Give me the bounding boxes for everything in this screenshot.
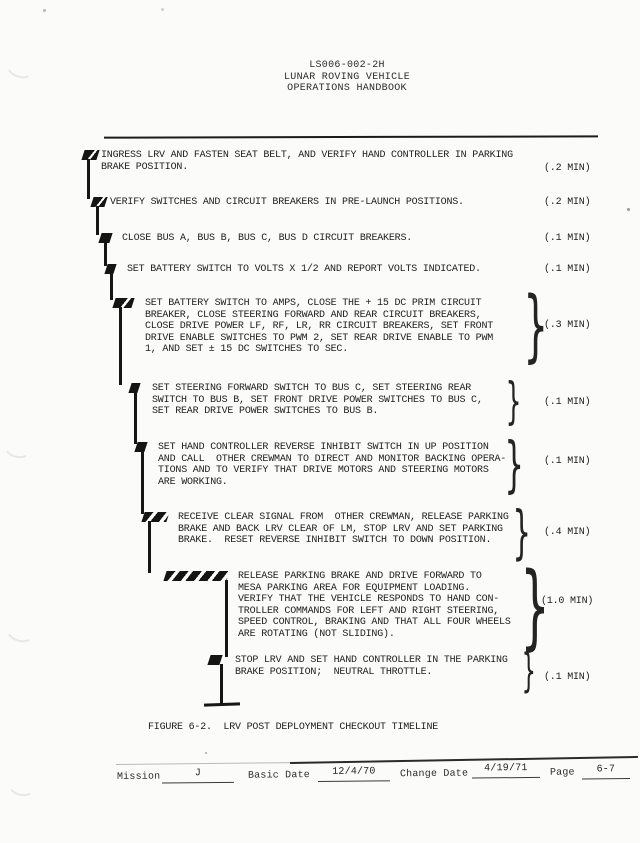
- mission-label: Mission: [117, 772, 161, 783]
- step-text-line: STOP LRV AND SET HAND CONTROLLER IN THE …: [235, 655, 508, 667]
- timeline-connector: [220, 664, 223, 704]
- timeline-step-marker: [141, 512, 169, 522]
- binder-mark: [3, 614, 38, 645]
- brace-glyph: }: [521, 569, 549, 643]
- timeline-connector: [119, 307, 122, 385]
- step-text-line: AND CALL OTHER CREWMAN TO DIRECT AND MON…: [158, 454, 506, 466]
- document-page: LS006-002-2H LUNAR ROVING VEHICLE OPERAT…: [0, 0, 640, 843]
- step-duration: (.1 MIN): [544, 672, 590, 683]
- scan-speck: [627, 208, 630, 211]
- timeline-connector: [148, 521, 151, 573]
- step-text-line: BREAKER, CLOSE STEERING FORWARD AND REAR…: [145, 310, 493, 322]
- step-text-line: RECEIVE CLEAR SIGNAL FROM OTHER CREWMAN,…: [178, 512, 509, 524]
- step-text: INGRESS LRV AND FASTEN SEAT BELT, AND VE…: [101, 150, 513, 173]
- step-text: SET BATTERY SWITCH TO VOLTS X 1/2 AND RE…: [127, 264, 481, 276]
- step-text: CLOSE BUS A, BUS B, BUS C, BUS D CIRCUIT…: [122, 233, 412, 245]
- timeline-connector: [141, 451, 144, 514]
- mission-value: J: [162, 768, 234, 784]
- binder-mark: [2, 433, 34, 461]
- page-label: Page: [550, 768, 575, 779]
- page-header: LS006-002-2H LUNAR ROVING VEHICLE OPERAT…: [227, 60, 467, 95]
- step-duration: (.1 MIN): [544, 397, 590, 408]
- step-text-line: ARE WORKING.: [158, 477, 506, 489]
- scan-speck: [43, 9, 46, 12]
- step-text-line: BRAKE. RESET REVERSE INHIBIT SWITCH TO D…: [178, 535, 509, 547]
- step-text: SET BATTERY SWITCH TO AMPS, CLOSE THE + …: [145, 298, 493, 356]
- timeline-connector: [134, 392, 137, 444]
- step-duration: (.4 MIN): [544, 527, 590, 538]
- timeline-connector: [110, 272, 113, 300]
- step-text-line: BRAKE AND BACK LRV CLEAR OF LM, STOP LRV…: [178, 524, 509, 536]
- step-text: SET HAND CONTROLLER REVERSE INHIBIT SWIT…: [158, 442, 506, 488]
- step-text-line: SET BATTERY SWITCH TO AMPS, CLOSE THE + …: [145, 298, 493, 310]
- step-text-line: SET BATTERY SWITCH TO VOLTS X 1/2 AND RE…: [127, 264, 481, 276]
- step-text: RELEASE PARKING BRAKE AND DRIVE FORWARD …: [238, 571, 511, 641]
- step-text-line: ARE ROTATING (NOT SLIDING).: [238, 629, 511, 641]
- step-text-line: BRAKE POSITION; NEUTRAL THROTTLE.: [235, 667, 508, 679]
- step-text: SET STEERING FORWARD SWITCH TO BUS C, SE…: [152, 383, 483, 418]
- document-number: LS006-002-2H: [227, 60, 467, 72]
- binder-mark: [3, 50, 39, 82]
- step-text-line: TROLLER COMMANDS FOR LEFT AND RIGHT STEE…: [238, 606, 511, 618]
- scan-speck: [205, 752, 207, 754]
- document-subtitle: OPERATIONS HANDBOOK: [227, 83, 467, 95]
- step-duration: (.1 MIN): [544, 233, 590, 244]
- step-text-line: VERIFY THAT THE VEHICLE RESPONDS TO HAND…: [238, 594, 511, 606]
- step-text-line: 1, AND SET ± 15 DC SWITCHES TO SEC.: [145, 344, 493, 356]
- timeline-connector: [96, 206, 99, 235]
- step-text-line: SPEED CONTROL, BRAKING AND THAT ALL FOUR…: [238, 617, 511, 629]
- brace-glyph: }: [522, 653, 536, 689]
- step-text-line: INGRESS LRV AND FASTEN SEAT BELT, AND VE…: [101, 150, 513, 162]
- change-date-label: Change Date: [400, 769, 468, 781]
- scan-speck: [161, 8, 164, 11]
- step-text: RECEIVE CLEAR SIGNAL FROM OTHER CREWMAN,…: [178, 512, 509, 547]
- basic-date-label: Basic Date: [248, 770, 310, 782]
- step-text-line: MESA PARKING AREA FOR EQUIPMENT LOADING.: [238, 583, 511, 595]
- step-text-line: SET REAR DRIVE POWER SWITCHES TO BUS B.: [152, 406, 483, 418]
- step-text-line: DRIVE ENABLE SWITCHES TO PWM 2, SET REAR…: [145, 333, 493, 345]
- step-text-line: SET STEERING FORWARD SWITCH TO BUS C, SE…: [152, 383, 483, 395]
- step-text-line: VERIFY SWITCHES AND CIRCUIT BREAKERS IN …: [110, 197, 464, 209]
- step-duration: (.1 MIN): [544, 264, 590, 275]
- timeline-connector: [104, 242, 107, 266]
- step-duration: (.2 MIN): [544, 163, 590, 174]
- timeline-step-marker: [90, 197, 107, 207]
- timeline-step-marker: [81, 150, 99, 160]
- page-number-value: 6-7: [582, 764, 630, 779]
- brace-glyph: }: [513, 509, 530, 555]
- step-duration: (.3 MIN): [544, 320, 590, 331]
- timeline-step-marker: [112, 298, 134, 308]
- step-duration: (.1 MIN): [544, 456, 590, 467]
- timeline-end-bar: [204, 702, 240, 706]
- step-duration: (.2 MIN): [544, 197, 590, 208]
- brace-glyph: }: [505, 440, 523, 489]
- step-text-line: BRAKE POSITION.: [101, 162, 513, 174]
- basic-date-value: 12/4/70: [318, 766, 390, 782]
- timeline-connector: [225, 580, 228, 657]
- footer-rule-faint: [116, 762, 296, 765]
- step-text: VERIFY SWITCHES AND CIRCUIT BREAKERS IN …: [110, 197, 464, 209]
- figure-caption: FIGURE 6-2. LRV POST DEPLOYMENT CHECKOUT…: [148, 722, 438, 733]
- header-rule: [104, 135, 598, 139]
- step-text-line: SWITCH TO BUS B, SET FRONT DRIVE POWER S…: [152, 395, 483, 407]
- step-text-line: RELEASE PARKING BRAKE AND DRIVE FORWARD …: [238, 571, 511, 583]
- timeline-connector: [87, 159, 90, 199]
- document-title: LUNAR ROVING VEHICLE: [227, 72, 467, 84]
- brace-glyph: }: [524, 295, 547, 357]
- step-text-line: CLOSE BUS A, BUS B, BUS C, BUS D CIRCUIT…: [122, 233, 412, 245]
- change-date-value: 4/19/71: [472, 763, 540, 779]
- step-text-line: SET HAND CONTROLLER REVERSE INHIBIT SWIT…: [158, 442, 506, 454]
- brace-glyph: }: [506, 381, 521, 421]
- step-text-line: TIONS AND TO VERIFY THAT DRIVE MOTORS AN…: [158, 465, 506, 477]
- step-text: STOP LRV AND SET HAND CONTROLLER IN THE …: [235, 655, 508, 678]
- timeline-step-marker: [163, 571, 229, 581]
- footer: Mission J Basic Date 12/4/70 Change Date…: [0, 763, 640, 799]
- step-text-line: CLOSE DRIVE POWER LF, RF, LR, RR CIRCUIT…: [145, 321, 493, 333]
